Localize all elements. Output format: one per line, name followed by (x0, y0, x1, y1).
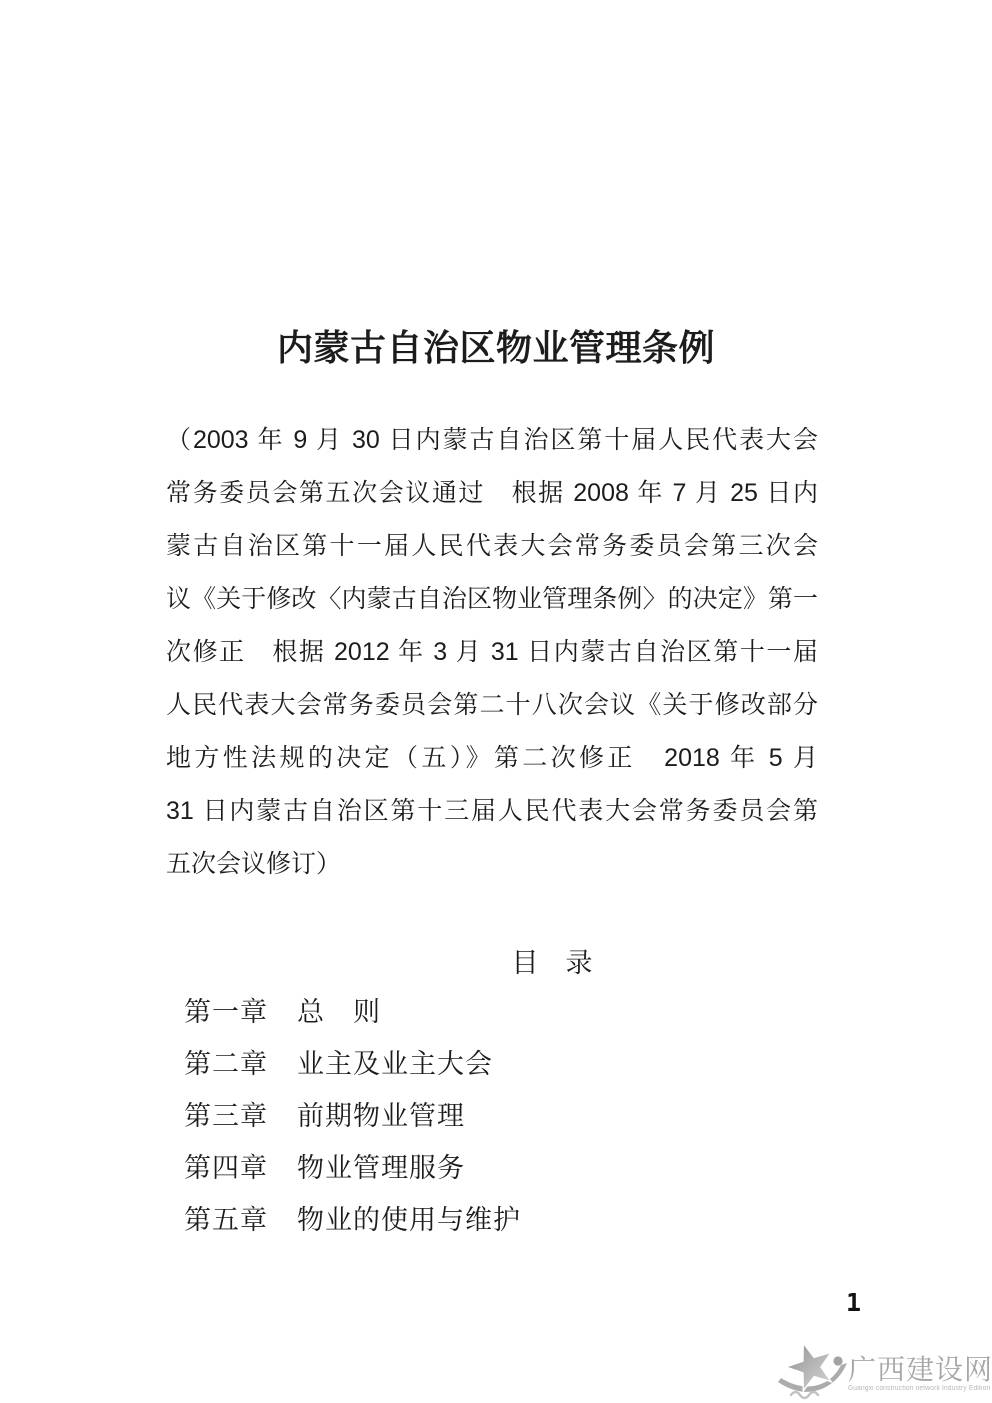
toc-chapter-number: 第三章 (184, 1090, 268, 1142)
toc-chapter-title: 业主及业主大会 (297, 1038, 493, 1090)
watermark-logo: 广西建设网 Guangxi construction network Indus… (776, 1332, 992, 1403)
toc-chapter-number: 第四章 (184, 1142, 268, 1194)
watermark-tagline: Guangxi construction network Industry Ed… (848, 1385, 990, 1392)
preamble-paragraph: （2003 年 9 月 30 日内蒙古自治区第十届人民代表大会 常务委员会第五次… (166, 414, 818, 891)
toc-chapter-title: 前期物业管理 (297, 1090, 465, 1142)
toc-item-chapter-4: 第四章 物业管理服务 (184, 1142, 521, 1194)
document-page: 内蒙古自治区物业管理条例 （2003 年 9 月 30 日内蒙古自治区第十届人民… (0, 0, 992, 1403)
preamble-line: 议《关于修改〈内蒙古自治区物业管理条例〉的决定》第一 (166, 573, 818, 626)
preamble-line: 人民代表大会常务委员会第二十八次会议《关于修改部分 (166, 679, 818, 732)
toc-item-chapter-1: 第一章 总 则 (184, 986, 521, 1038)
toc-chapter-title: 总 则 (297, 986, 381, 1038)
toc-item-chapter-5: 第五章 物业的使用与维护 (184, 1194, 521, 1246)
preamble-line: （2003 年 9 月 30 日内蒙古自治区第十届人民代表大会 (166, 414, 818, 467)
preamble-line: 次修正 根据 2012 年 3 月 31 日内蒙古自治区第十一届 (166, 626, 818, 679)
toc-chapter-number: 第二章 (184, 1038, 268, 1090)
page-number: 1 (846, 1288, 861, 1317)
watermark-site-name: 广西建设网 (848, 1348, 992, 1388)
toc-heading: 目 录 (56, 943, 992, 983)
preamble-line: 蒙古自治区第十一届人民代表大会常务委员会第三次会 (166, 520, 818, 573)
toc-list: 第一章 总 则 第二章 业主及业主大会 第三章 前期物业管理 第四章 物业管理服… (184, 986, 521, 1246)
toc-chapter-title: 物业管理服务 (297, 1142, 465, 1194)
preamble-line: 常务委员会第五次会议通过 根据 2008 年 7 月 25 日内 (166, 467, 818, 520)
toc-chapter-title: 物业的使用与维护 (297, 1194, 521, 1246)
preamble-line: 五次会议修订） (166, 838, 818, 891)
toc-item-chapter-2: 第二章 业主及业主大会 (184, 1038, 521, 1090)
toc-chapter-number: 第一章 (184, 986, 268, 1038)
preamble-line: 31 日内蒙古自治区第十三届人民代表大会常务委员会第 (166, 785, 818, 838)
star-icon (778, 1336, 852, 1400)
toc-item-chapter-3: 第三章 前期物业管理 (184, 1090, 521, 1142)
page-title: 内蒙古自治区物业管理条例 (28, 327, 964, 369)
toc-chapter-number: 第五章 (184, 1194, 268, 1246)
preamble-line: 地方性法规的决定（五）》第二次修正 2018 年 5 月 (166, 732, 818, 785)
